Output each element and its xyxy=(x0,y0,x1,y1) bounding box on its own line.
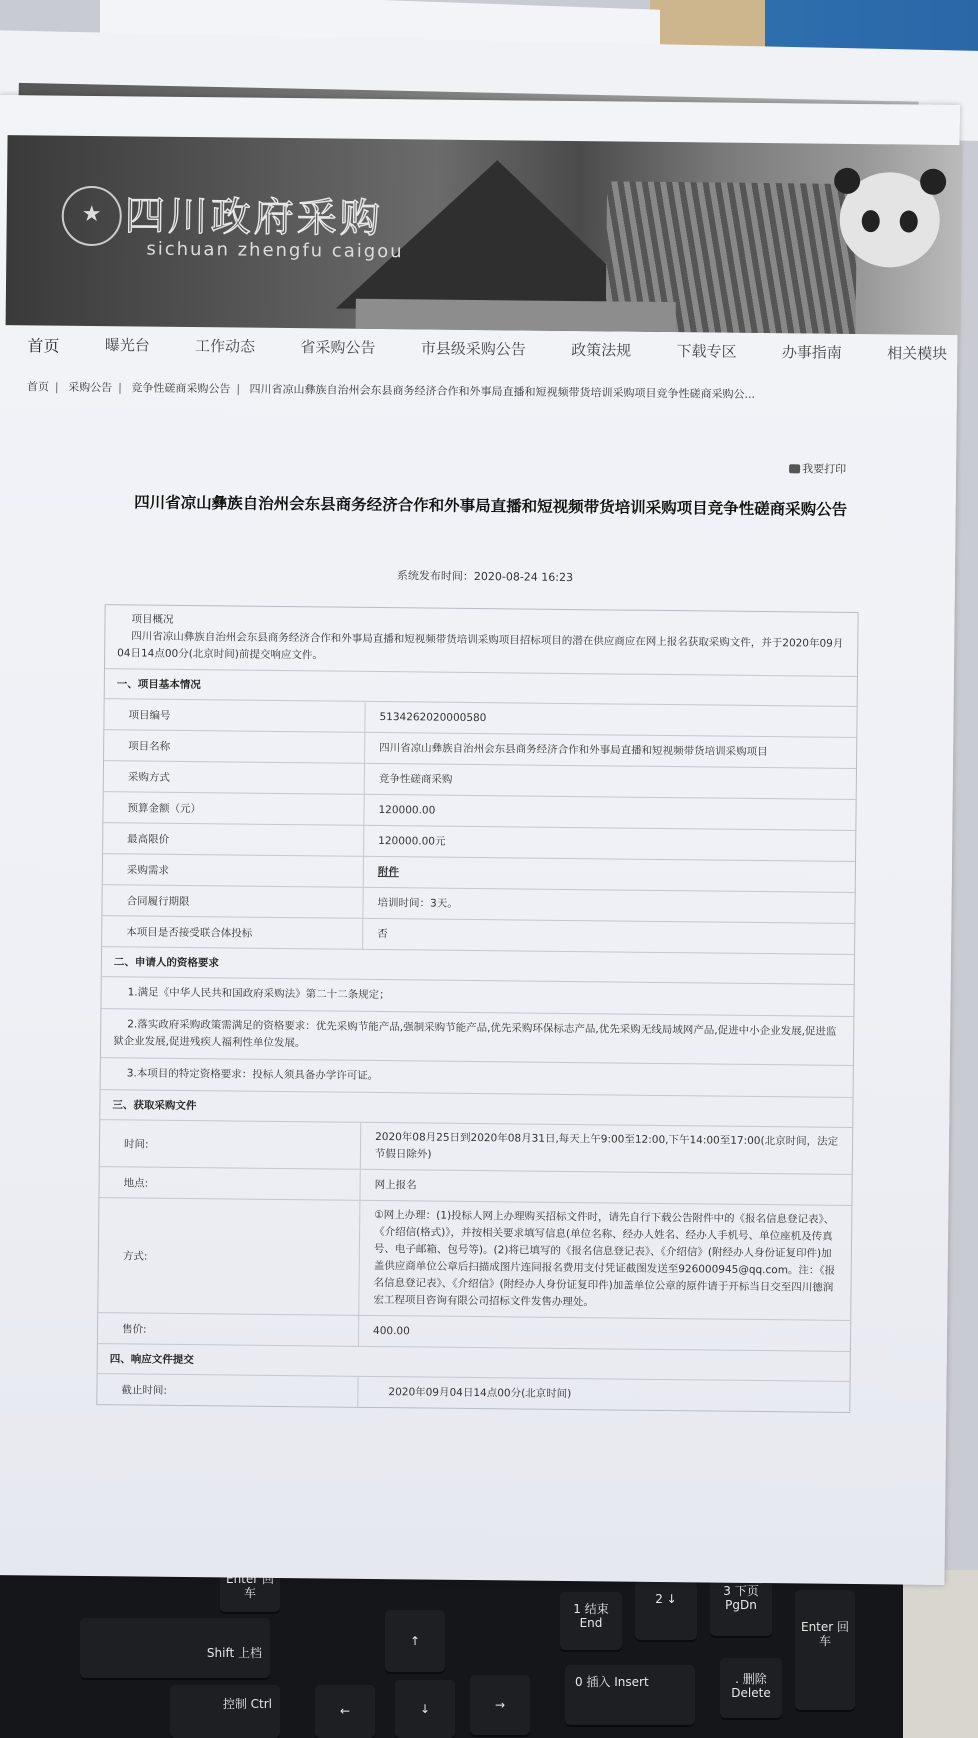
key-num-delete: . 删除 Delete xyxy=(720,1658,782,1718)
nav-provincial-notices[interactable]: 省采购公告 xyxy=(300,336,375,360)
printer-icon xyxy=(789,464,800,473)
key-num0-insert: 0 插入 Insert xyxy=(565,1665,695,1725)
print-label: 我要打印 xyxy=(802,462,846,475)
main-nav: 首页 曝光台 工作动态 省采购公告 市县级采购公告 政策法规 下载专区 办事指南… xyxy=(27,333,947,366)
key-num1-end: 1 结束 End xyxy=(560,1592,622,1650)
publish-time-label: 系统发布时间： xyxy=(397,569,474,583)
keyboard-frame xyxy=(903,1570,978,1738)
breadcrumb-competitive-consultation[interactable]: 竞争性磋商采购公告 xyxy=(131,381,230,395)
lake-image xyxy=(356,299,676,332)
background-desk xyxy=(650,0,765,50)
national-emblem-icon: ★ xyxy=(61,186,122,247)
qualification-item: 2.落实政府采购政策需满足的资格要求：优先采购节能产品,强制采购节能产品,优先采… xyxy=(101,1009,853,1066)
nav-guide[interactable]: 办事指南 xyxy=(782,341,842,365)
project-name: 四川省凉山彝族自治州会东县商务经济合作和外事局直播和短视频带货培训采购项目 xyxy=(365,733,856,767)
contract-period: 培训时间：3天。 xyxy=(363,888,854,922)
publish-time: 系统发布时间：2020-08-24 16:23 xyxy=(0,563,975,589)
key-ctrl: 控制 Ctrl xyxy=(170,1685,280,1738)
nav-home[interactable]: 首页 xyxy=(27,333,59,356)
overview-block: 项目概况 四川省凉山彝族自治州会东县商务经济合作和外事局直播和短视频带货培训采购… xyxy=(105,605,858,677)
document-price: 400.00 xyxy=(359,1316,850,1350)
row-label: 最高限价 xyxy=(103,823,364,856)
row-label: 售价: xyxy=(98,1313,359,1346)
print-button[interactable]: 我要打印 xyxy=(789,460,846,477)
row-label: 项目编号 xyxy=(104,699,365,732)
row-label: 预算金额（元） xyxy=(103,792,364,825)
row-label: 采购方式 xyxy=(104,761,365,794)
nav-exposure[interactable]: 曝光台 xyxy=(105,334,150,357)
breadcrumb: 首页| 采购公告| 竞争性磋商采购公告| 四川省凉山彝族自治州会东县商务经济合作… xyxy=(27,378,755,402)
key-arrow-left: ← xyxy=(315,1685,375,1738)
notice-title: 四川省凉山彝族自治州会东县商务经济合作和外事局直播和短视频带货培训采购项目竞争性… xyxy=(106,488,876,524)
key-num-enter: Enter 回车 xyxy=(795,1590,855,1710)
obtain-method: ①网上办理：(1)投标人网上办理购买招标文件时，请先自行下载公告附件中的《报名信… xyxy=(359,1201,851,1320)
panda-image xyxy=(839,172,940,268)
key-arrow-up: ↑ xyxy=(385,1610,445,1672)
site-banner: ★ 四川政府采购 sichuan zhengfu caigou xyxy=(6,135,963,335)
nav-work-news[interactable]: 工作动态 xyxy=(195,335,255,359)
joint-bid-accepted: 否 xyxy=(363,919,854,953)
key-arrow-right: → xyxy=(470,1675,530,1735)
obtain-location: 网上报名 xyxy=(360,1170,851,1204)
key-num2-down: 2 ↓ xyxy=(635,1582,697,1640)
site-pinyin: sichuan zhengfu caigou xyxy=(146,239,403,263)
publish-time-value: 2020-08-24 16:23 xyxy=(474,570,573,584)
row-label: 项目名称 xyxy=(104,730,365,763)
table-row: 方式:①网上办理：(1)投标人网上办理购买招标文件时，请先自行下载公告附件中的《… xyxy=(98,1198,851,1321)
row-label: 合同履行期限 xyxy=(102,885,363,918)
budget-amount: 120000.00 xyxy=(364,795,855,829)
row-label: 时间: xyxy=(100,1120,361,1169)
obtain-time: 2020年08月25日到2020年08月31日,每天上午9:00至12:00,下… xyxy=(361,1123,852,1174)
row-label: 方式: xyxy=(98,1198,360,1315)
row-label: 地点: xyxy=(99,1167,360,1200)
row-label: 采购需求 xyxy=(103,854,364,887)
submission-deadline: 2020年09月04日14点00分(北京时间) xyxy=(358,1377,849,1411)
breadcrumb-home[interactable]: 首页 xyxy=(27,380,49,393)
requirements-attachment-link[interactable]: 附件 xyxy=(378,866,399,878)
nav-related-modules[interactable]: 相关模块 xyxy=(887,342,947,366)
notice-table: 项目概况 四川省凉山彝族自治州会东县商务经济合作和外事局直播和短视频带货培训采购… xyxy=(96,604,858,1413)
procurement-method: 竞争性磋商采购 xyxy=(365,764,856,798)
row-label: 截止时间: xyxy=(97,1374,358,1407)
site-title: 四川政府采购 xyxy=(124,184,383,244)
nav-downloads[interactable]: 下载专区 xyxy=(676,340,736,364)
breadcrumb-notices[interactable]: 采购公告 xyxy=(68,381,112,394)
table-row: 时间:2020年08月25日到2020年08月31日,每天上午9:00至12:0… xyxy=(100,1120,852,1175)
breadcrumb-current: 四川省凉山彝族自治州会东县商务经济合作和外事局直播和短视频带货培训采购项目竞争性… xyxy=(250,383,756,401)
project-number: 5134262020000580 xyxy=(365,702,856,736)
key-arrow-down: ↓ xyxy=(395,1680,455,1738)
key-shift: Shift 上档 xyxy=(80,1618,270,1678)
key-num3-pgdn: 3 下页 PgDn xyxy=(710,1578,772,1636)
printed-page: ★ 四川政府采购 sichuan zhengfu caigou 首页 曝光台 工… xyxy=(0,95,960,1585)
nav-policies[interactable]: 政策法规 xyxy=(571,339,631,363)
row-label: 本项目是否接受联合体投标 xyxy=(102,916,363,949)
overview-text: 四川省凉山彝族自治州会东县商务经济合作和外事局直播和短视频带货培训采购项目招标项… xyxy=(117,628,845,670)
keyboard: Enter 回车 Shift 上档 控制 Ctrl ↑ ← ↓ → 1 结束 E… xyxy=(0,1570,978,1738)
max-price: 120000.00元 xyxy=(364,826,855,860)
nav-city-county-notices[interactable]: 市县级采购公告 xyxy=(421,337,526,361)
